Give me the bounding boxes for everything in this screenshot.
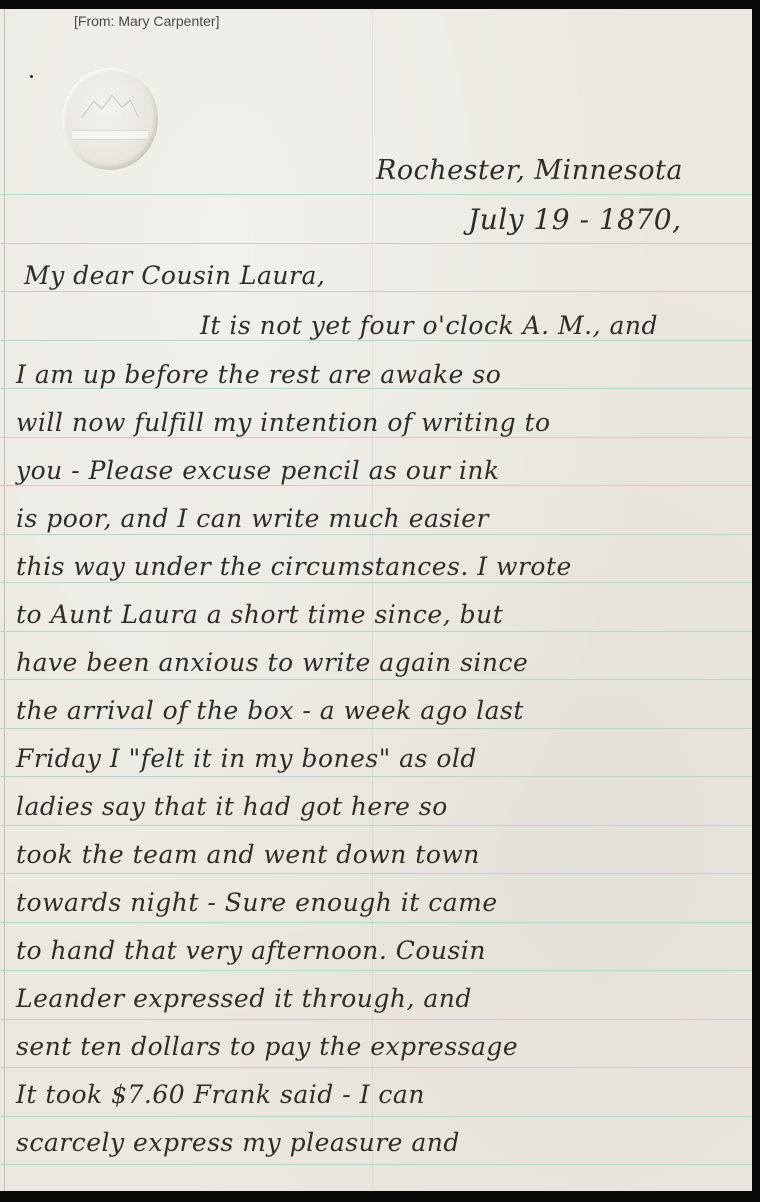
scan-frame: [From: Mary Carpenter] Rochester, Minnes… bbox=[0, 0, 760, 1202]
body-line: is poor, and I can write much easier bbox=[16, 504, 489, 533]
ruled-line bbox=[0, 776, 752, 777]
body-line: to Aunt Laura a short time since, but bbox=[16, 600, 503, 629]
ruled-line bbox=[0, 340, 752, 341]
body-line: have been anxious to write again since bbox=[16, 648, 528, 677]
ruled-line bbox=[0, 582, 752, 583]
body-line: It is not yet four o'clock A. M., and bbox=[200, 311, 658, 340]
letter-place: Rochester, Minnesota bbox=[376, 155, 683, 186]
paper-speck bbox=[30, 75, 33, 78]
body-line: ladies say that it had got here so bbox=[16, 792, 448, 821]
ruled-line bbox=[0, 291, 752, 292]
ruled-line bbox=[0, 534, 752, 535]
letter-date: July 19 - 1870, bbox=[468, 203, 681, 236]
ruled-line bbox=[0, 922, 752, 923]
ruled-line bbox=[0, 1019, 752, 1020]
body-line: you - Please excuse pencil as our ink bbox=[16, 456, 500, 485]
body-line: It took $7.60 Frank said - I can bbox=[16, 1080, 425, 1109]
body-line: I am up before the rest are awake so bbox=[16, 360, 501, 389]
seal-band bbox=[72, 130, 148, 140]
ruled-line bbox=[0, 970, 752, 971]
ruled-line bbox=[0, 243, 752, 244]
body-line: this way under the circumstances. I wrot… bbox=[16, 552, 572, 581]
ruled-line bbox=[0, 1116, 752, 1117]
ruled-line bbox=[0, 437, 752, 438]
ruled-line bbox=[0, 825, 752, 826]
ruled-line bbox=[0, 1164, 752, 1165]
body-line: Leander expressed it through, and bbox=[16, 984, 472, 1013]
ruled-line bbox=[0, 194, 752, 195]
letter-page: [From: Mary Carpenter] Rochester, Minnes… bbox=[0, 9, 752, 1191]
ruled-line bbox=[0, 631, 752, 632]
body-line: Friday I "felt it in my bones" as old bbox=[16, 744, 477, 773]
body-line: the arrival of the box - a week ago last bbox=[16, 696, 524, 725]
body-line: sent ten dollars to pay the expressage bbox=[16, 1032, 518, 1061]
body-line: will now fulfill my intention of writing… bbox=[16, 408, 551, 437]
embossed-seal-icon bbox=[62, 68, 158, 170]
body-line: took the team and went down town bbox=[16, 840, 480, 869]
ruled-line bbox=[0, 873, 752, 874]
body-line: scarcely express my pleasure and bbox=[16, 1128, 460, 1157]
ruled-line bbox=[0, 728, 752, 729]
ruled-line bbox=[0, 1067, 752, 1068]
body-line: towards night - Sure enough it came bbox=[16, 888, 498, 917]
archival-annotation: [From: Mary Carpenter] bbox=[74, 13, 219, 29]
mountain-emblem-icon bbox=[80, 92, 140, 122]
ruled-line bbox=[0, 485, 752, 486]
body-line: to hand that very afternoon. Cousin bbox=[16, 936, 486, 965]
letter-salutation: My dear Cousin Laura, bbox=[24, 261, 325, 290]
ruled-line bbox=[0, 679, 752, 680]
